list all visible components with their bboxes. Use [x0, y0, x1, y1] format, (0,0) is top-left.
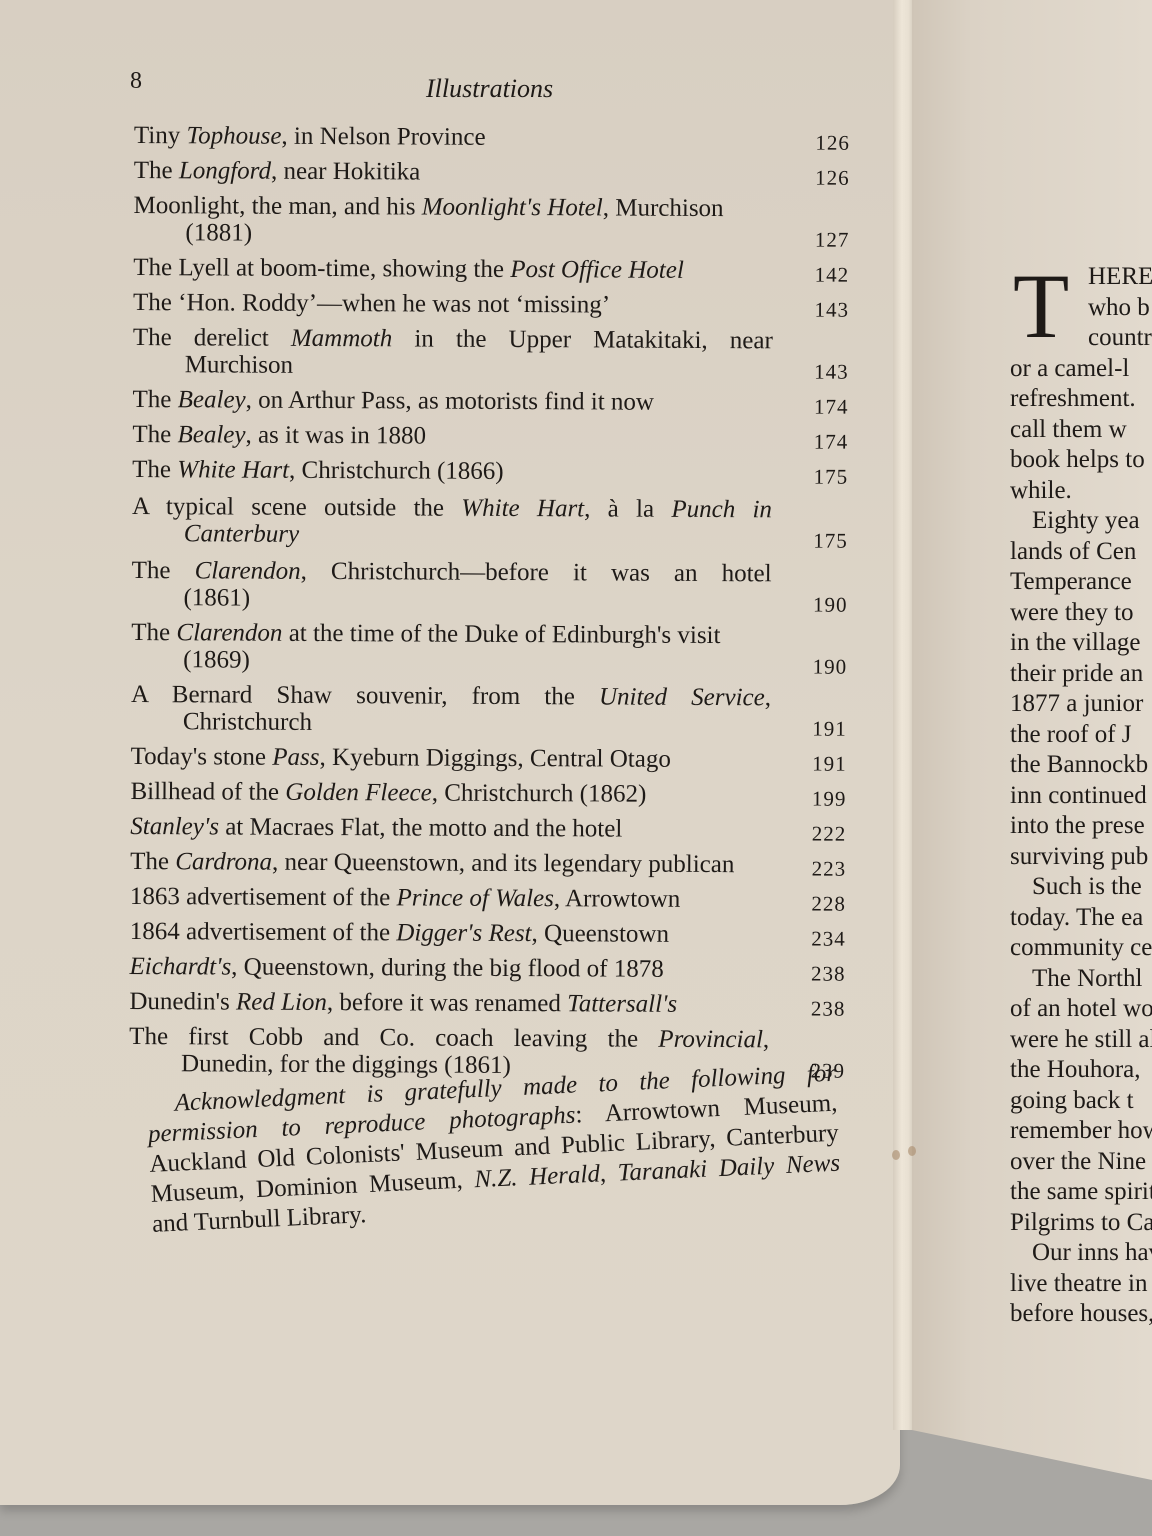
body-text-line: call them w — [1010, 415, 1152, 446]
page-reference: 127 — [815, 227, 850, 254]
illustration-entry: Stanley's at Macraes Flat, the motto and… — [130, 813, 850, 844]
illustration-entry: Dunedin's Red Lion, before it was rename… — [129, 988, 849, 1019]
illustration-caption: The derelict Mammoth in the Upper Mataki… — [133, 324, 773, 381]
illustration-entry: The Clarendon, Christchurch—before it wa… — [131, 557, 851, 615]
body-text-line: were he still al — [1010, 1025, 1152, 1056]
illustration-caption: The Cardrona, near Queenstown, and its l… — [130, 848, 770, 878]
illustration-entry: The Bealey, on Arthur Pass, as motorists… — [132, 386, 852, 417]
illustration-caption: Moonlight, the man, and his Moonlight's … — [133, 192, 773, 249]
page-reference: 223 — [812, 856, 847, 883]
illustration-caption: The Bealey, as it was in 1880 — [132, 421, 772, 451]
illustration-entry: Moonlight, the man, and his Moonlight's … — [133, 192, 853, 250]
body-text-line: their pride an — [1010, 659, 1152, 690]
illustration-entry: 1864 advertisement of the Digger's Rest,… — [130, 918, 850, 949]
body-text-line: surviving pub — [1010, 842, 1152, 873]
page-reference: 143 — [814, 297, 849, 324]
body-text-line: Our inns hav — [1010, 1238, 1152, 1269]
illustration-caption: Today's stone Pass, Kyeburn Diggings, Ce… — [131, 743, 771, 773]
page-reference: 126 — [815, 130, 850, 157]
illustration-caption: Dunedin's Red Lion, before it was rename… — [129, 988, 769, 1018]
illustration-caption: Eichardt's, Queenstown, during the big f… — [130, 953, 770, 983]
body-text-line: before houses, b — [1010, 1299, 1152, 1330]
body-text-line: of an hotel wo — [1010, 994, 1152, 1025]
illustration-caption: 1864 advertisement of the Digger's Rest,… — [130, 918, 770, 948]
body-text-line: Temperance — [1010, 567, 1152, 598]
caption-continuation: Christchurch — [131, 708, 771, 738]
caption-continuation: Murchison — [133, 351, 773, 381]
illustration-entry: The ‘Hon. Roddy’—when he was not ‘missin… — [133, 289, 853, 320]
page-title: Illustrations — [426, 74, 553, 104]
body-text-line: into the prese — [1010, 811, 1152, 842]
body-text-line: inn continued — [1010, 781, 1152, 812]
page-reference: 190 — [813, 654, 848, 681]
caption-continuation: (1881) — [133, 219, 773, 249]
illustration-entry: The Cardrona, near Queenstown, and its l… — [130, 848, 850, 879]
body-text-line: or a camel-l — [1010, 354, 1152, 385]
caption-continuation: (1861) — [131, 584, 771, 614]
page-reference: 190 — [813, 592, 848, 619]
page-reference: 238 — [811, 996, 846, 1023]
body-text-line: were they to — [1010, 598, 1152, 629]
body-text-line: the Bannockb — [1010, 750, 1152, 781]
body-text-line: going back t — [1010, 1086, 1152, 1117]
caption-continuation: Canterbury — [132, 520, 772, 550]
illustration-caption: A Bernard Shaw souvenir, from the United… — [131, 681, 771, 738]
page-reference: 199 — [812, 786, 847, 813]
illustration-caption: The Bealey, on Arthur Pass, as motorists… — [132, 386, 772, 416]
illustration-entry: A typical scene outside the White Hart, … — [132, 493, 852, 551]
body-text-line: refreshment. — [1010, 384, 1152, 415]
illustration-entry: The Bealey, as it was in 1880174 — [132, 421, 852, 452]
body-text-line: lands of Cen — [1010, 537, 1152, 568]
illustration-caption: The White Hart, Christchurch (1866) — [132, 456, 772, 486]
body-text-line: in the village — [1010, 628, 1152, 659]
illustration-entry: Billhead of the Golden Fleece, Christchu… — [130, 778, 850, 809]
illustration-caption: The ‘Hon. Roddy’—when he was not ‘missin… — [133, 289, 773, 319]
page-number: 8 — [130, 68, 142, 95]
body-text-line: countr — [1010, 323, 1152, 354]
illustration-caption: Tiny Tophouse, in Nelson Province — [134, 122, 774, 152]
page-reference: 191 — [812, 716, 847, 743]
illustration-caption: The Clarendon at the time of the Duke of… — [131, 619, 771, 676]
page-reference: 174 — [814, 429, 849, 456]
body-text-line: today. The ea — [1010, 903, 1152, 934]
illustration-entry: The derelict Mammoth in the Upper Mataki… — [133, 324, 853, 382]
illustration-entry: The Longford, near Hokitika126 — [134, 157, 854, 188]
illustration-entry: The Lyell at boom-time, showing the Post… — [133, 254, 853, 285]
illustration-entry: The Clarendon at the time of the Duke of… — [131, 619, 851, 677]
page-reference: 143 — [814, 359, 849, 386]
illustration-caption: The Lyell at boom-time, showing the Post… — [133, 254, 773, 284]
illustration-caption: Stanley's at Macraes Flat, the motto and… — [130, 813, 770, 843]
body-text-line: Eighty yea — [1010, 506, 1152, 537]
running-head: 8 Illustrations — [130, 68, 830, 108]
body-text-line: the same spirit — [1010, 1177, 1152, 1208]
page-reference: 175 — [814, 464, 849, 491]
illustrations-list: Tiny Tophouse, in Nelson Province126The … — [129, 122, 854, 1081]
illustration-entry: 1863 advertisement of the Prince of Wale… — [130, 883, 850, 914]
body-text-line: The Northl — [1010, 964, 1152, 995]
illustration-entry: Today's stone Pass, Kyeburn Diggings, Ce… — [131, 743, 851, 774]
body-text-line: who b — [1010, 293, 1152, 324]
page-reference: 234 — [811, 926, 846, 953]
body-text-line: the Houhora, — [1010, 1055, 1152, 1086]
page-reference: 174 — [814, 394, 849, 421]
paper-stain — [892, 1150, 900, 1160]
paper-stain — [908, 1146, 916, 1156]
illustration-caption: A typical scene outside the White Hart, … — [132, 493, 772, 550]
illustration-entry: The White Hart, Christchurch (1866)175 — [132, 456, 852, 487]
book-spine-gutter — [893, 0, 915, 1430]
page-reference: 222 — [812, 821, 847, 848]
body-text-line: while. — [1010, 476, 1152, 507]
page-reference: 228 — [811, 891, 846, 918]
illustration-entry: Tiny Tophouse, in Nelson Province126 — [134, 122, 854, 153]
body-text-line: community ce — [1010, 933, 1152, 964]
illustration-caption: 1863 advertisement of the Prince of Wale… — [130, 883, 770, 913]
body-text-line: live theatre in t — [1010, 1269, 1152, 1300]
body-text-line: book helps to — [1010, 445, 1152, 476]
caption-continuation: (1869) — [131, 646, 771, 676]
illustration-entry: Eichardt's, Queenstown, during the big f… — [130, 953, 850, 984]
body-text-line: the roof of J — [1010, 720, 1152, 751]
body-text-line: 1877 a junior — [1010, 689, 1152, 720]
page-reference: 191 — [812, 751, 847, 778]
illustration-caption: The Clarendon, Christchurch—before it wa… — [131, 557, 771, 614]
page-reference: 175 — [813, 528, 848, 555]
illustration-caption: The Longford, near Hokitika — [134, 157, 774, 187]
right-page-body-text: HEREwho bcountror a camel-lrefreshment.c… — [1010, 262, 1152, 1330]
body-text-line: remember how — [1010, 1116, 1152, 1147]
acknowledgment-paragraph: Acknowledgment is gratefully made to the… — [146, 1059, 842, 1240]
body-text-line: Such is the — [1010, 872, 1152, 903]
body-text-line: over the Nine — [1010, 1147, 1152, 1178]
illustration-caption: Billhead of the Golden Fleece, Christchu… — [130, 778, 770, 808]
illustration-entry: A Bernard Shaw souvenir, from the United… — [131, 681, 851, 739]
body-text-line: Pilgrims to Car — [1010, 1208, 1152, 1239]
page-reference: 126 — [815, 165, 850, 192]
page-reference: 238 — [811, 961, 846, 988]
page-reference: 142 — [815, 262, 850, 289]
body-text-line: HERE — [1010, 262, 1152, 293]
